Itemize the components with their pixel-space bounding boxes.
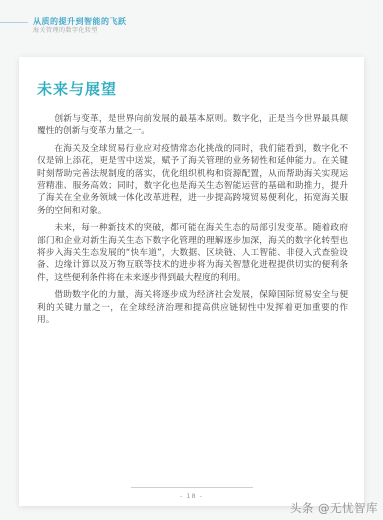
section-title: 未来与展望 <box>37 79 348 99</box>
doc-header: 从质的提升到智能的飞跃 海关管理的数字化转型 <box>0 16 127 35</box>
paragraph-2: 在海关及全球贸易行业应对疫情常态化挑战的同时，我们能看到，数字化不仅是锦上添花，… <box>37 143 348 217</box>
watermark: 头条 @无忧智库 <box>290 500 378 516</box>
footer-divider-line <box>131 487 253 488</box>
doc-title: 从质的提升到智能的飞跃 <box>33 16 127 27</box>
paragraph-1: 创新与变革，是世界向前发展的最基本原则。数字化，正是当今世界最具颠覆性的创新与变… <box>37 113 348 138</box>
paragraph-3: 未来，每一种新技术的突破，都可能在海关生态的局部引发变革。随着政府部门和企业对新… <box>37 222 348 284</box>
card-content: 未来与展望 创新与变革，是世界向前发展的最基本原则。数字化，正是当今世界最具颠覆… <box>37 57 348 332</box>
page-number: - 18 - <box>19 492 364 500</box>
header-rule-line <box>0 22 28 23</box>
content-card: 未来与展望 创新与变革，是世界向前发展的最基本原则。数字化，正是当今世界最具颠覆… <box>19 57 364 506</box>
header-text-block: 从质的提升到智能的飞跃 海关管理的数字化转型 <box>33 16 127 35</box>
paragraph-4: 借助数字化的力量，海关将逐步成为经济社会发展，保障国际贸易安全与便利的关键力量之… <box>37 289 348 326</box>
body-text: 创新与变革，是世界向前发展的最基本原则。数字化，正是当今世界最具颠覆性的创新与变… <box>37 113 348 327</box>
page-footer: - 18 - <box>19 487 364 500</box>
doc-subtitle: 海关管理的数字化转型 <box>33 27 127 35</box>
